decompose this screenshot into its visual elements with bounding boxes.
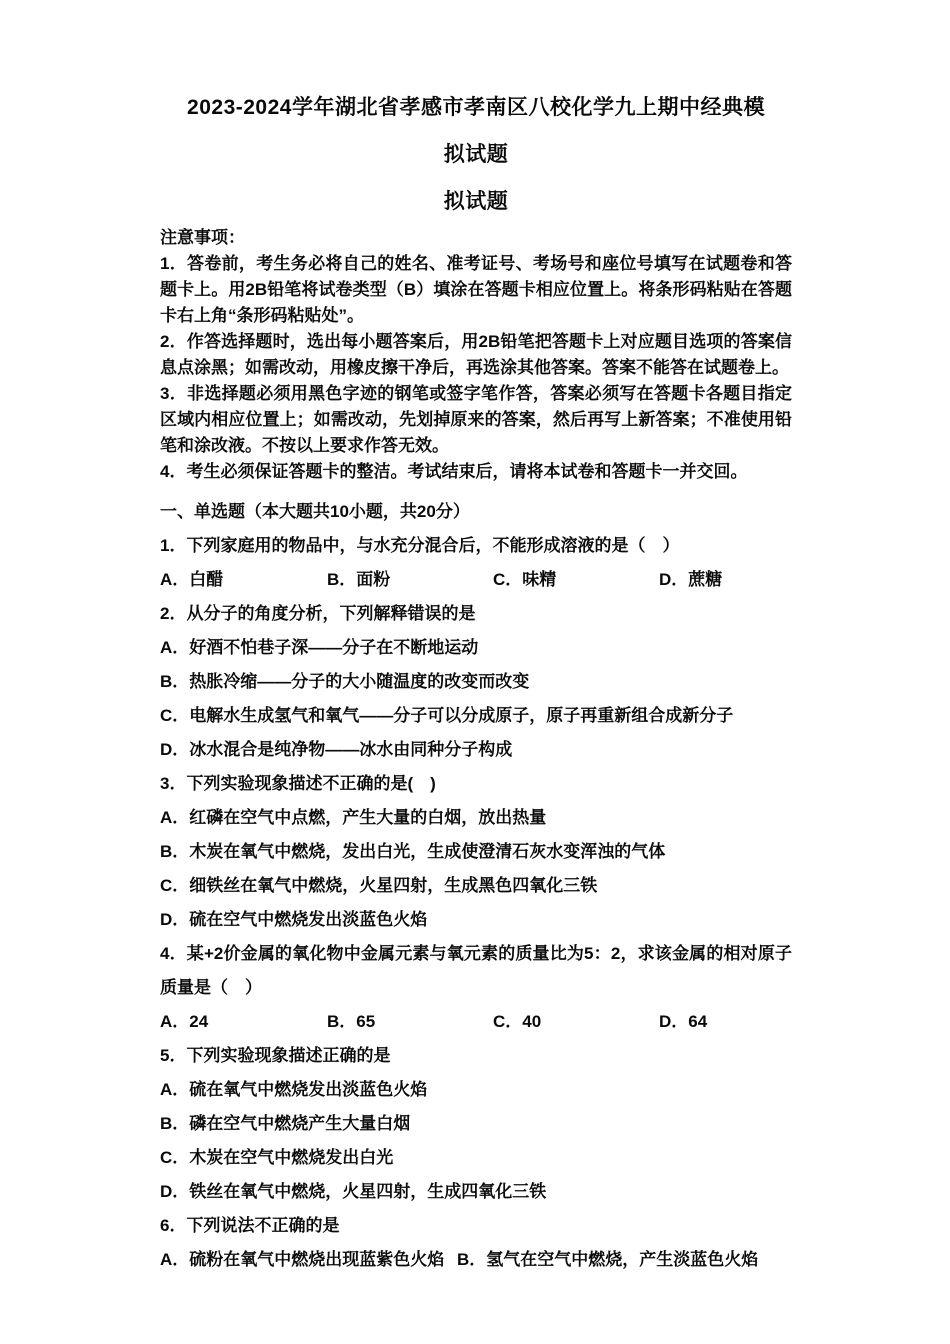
question-list: 1．下列家庭用的物品中，与水充分混合后，不能形成溶液的是（ ）A．白醋B．面粉C… bbox=[160, 529, 792, 1277]
question-4-option-C: C．40 bbox=[493, 1005, 659, 1039]
question-4-option-A: A．24 bbox=[160, 1005, 327, 1039]
question-5: 5．下列实验现象描述正确的是A．硫在氧气中燃烧发出淡蓝色火焰B．磷在空气中燃烧产… bbox=[160, 1039, 792, 1209]
question-1-option-A: A．白醋 bbox=[160, 563, 327, 597]
question-3-option-B: B．木炭在氧气中燃烧，发出白光，生成使澄清石灰水变浑浊的气体 bbox=[160, 835, 792, 869]
question-2: 2．从分子的角度分析，下列解释错误的是A．好酒不怕巷子深——分子在不断地运动B．… bbox=[160, 597, 792, 767]
exam-title-line-1: 2023-2024学年湖北省孝感市孝南区八校化学九上期中经典模 bbox=[160, 84, 792, 131]
question-1-stem: 1．下列家庭用的物品中，与水充分混合后，不能形成溶液的是（ ） bbox=[160, 529, 792, 563]
question-4-options-row: A．24B．65C．40D．64 bbox=[160, 1005, 792, 1039]
question-2-option-A: A．好酒不怕巷子深——分子在不断地运动 bbox=[160, 631, 792, 665]
notice-items: 1．答卷前，考生务必将自己的姓名、准考证号、考场号和座位号填写在试题卷和答题卡上… bbox=[160, 251, 792, 485]
question-5-option-C: C．木炭在空气中燃烧发出白光 bbox=[160, 1141, 792, 1175]
question-3-stem: 3．下列实验现象描述不正确的是( ) bbox=[160, 767, 792, 801]
exam-title-line-2: 拟试题 bbox=[160, 131, 792, 178]
question-5-option-A: A．硫在氧气中燃烧发出淡蓝色火焰 bbox=[160, 1073, 792, 1107]
notice-item-4: 4．考生必须保证答题卡的整洁。考试结束后，请将本试卷和答题卡一并交回。 bbox=[160, 459, 792, 485]
notice-item-2: 2．作答选择题时，选出每小题答案后，用2B铅笔把答题卡上对应题目选项的答案信息点… bbox=[160, 329, 792, 381]
notice-section: 注意事项： 1．答卷前，考生务必将自己的姓名、准考证号、考场号和座位号填写在试题… bbox=[160, 225, 792, 485]
question-5-option-D: D．铁丝在氧气中燃烧，火星四射，生成四氧化三铁 bbox=[160, 1175, 792, 1209]
question-2-option-C: C．电解水生成氢气和氧气——分子可以分成原子，原子再重新组合成新分子 bbox=[160, 699, 792, 733]
question-4-stem: 4．某+2价金属的氧化物中金属元素与氧元素的质量比为5：2，求该金属的相对原子质… bbox=[160, 937, 792, 1005]
section-heading: 一、单选题（本大题共10小题，共20分） bbox=[160, 495, 792, 529]
questions-section: 一、单选题（本大题共10小题，共20分） 1．下列家庭用的物品中，与水充分混合后… bbox=[160, 495, 792, 1277]
question-6-stem: 6．下列说法不正确的是 bbox=[160, 1209, 792, 1243]
question-2-option-B: B．热胀冷缩——分子的大小随温度的改变而改变 bbox=[160, 665, 792, 699]
question-3-option-D: D．硫在空气中燃烧发出淡蓝色火焰 bbox=[160, 903, 792, 937]
question-3: 3．下列实验现象描述不正确的是( )A．红磷在空气中点燃，产生大量的白烟，放出热… bbox=[160, 767, 792, 937]
question-1: 1．下列家庭用的物品中，与水充分混合后，不能形成溶液的是（ ）A．白醋B．面粉C… bbox=[160, 529, 792, 597]
question-2-stem: 2．从分子的角度分析，下列解释错误的是 bbox=[160, 597, 792, 631]
question-4: 4．某+2价金属的氧化物中金属元素与氧元素的质量比为5：2，求该金属的相对原子质… bbox=[160, 937, 792, 1039]
question-5-option-B: B．磷在空气中燃烧产生大量白烟 bbox=[160, 1107, 792, 1141]
question-1-option-D: D．蔗糖 bbox=[659, 563, 792, 597]
notice-heading: 注意事项： bbox=[160, 225, 792, 251]
question-6-option-B: B．氢气在空气中燃烧，产生淡蓝色火焰 bbox=[457, 1243, 792, 1277]
question-3-option-C: C．细铁丝在氧气中燃烧，火星四射，生成黑色四氧化三铁 bbox=[160, 869, 792, 903]
question-4-option-D: D．64 bbox=[659, 1005, 792, 1039]
question-2-option-D: D．冰水混合是纯净物——冰水由同种分子构成 bbox=[160, 733, 792, 767]
exam-paper-page: 2023-2024学年湖北省孝感市孝南区八校化学九上期中经典模 拟试题 拟试题 … bbox=[0, 0, 950, 1344]
question-1-option-B: B．面粉 bbox=[327, 563, 493, 597]
notice-item-1: 1．答卷前，考生务必将自己的姓名、准考证号、考场号和座位号填写在试题卷和答题卡上… bbox=[160, 251, 792, 329]
exam-subtitle: 拟试题 bbox=[160, 178, 792, 225]
question-5-stem: 5．下列实验现象描述正确的是 bbox=[160, 1039, 792, 1073]
exam-title: 2023-2024学年湖北省孝感市孝南区八校化学九上期中经典模 拟试题 bbox=[160, 0, 792, 178]
question-1-options-row: A．白醋B．面粉C．味精D．蔗糖 bbox=[160, 563, 792, 597]
question-1-option-C: C．味精 bbox=[493, 563, 659, 597]
question-4-option-B: B．65 bbox=[327, 1005, 493, 1039]
question-6-option-A: A．硫粉在氧气中燃烧出现蓝紫色火焰 bbox=[160, 1243, 457, 1277]
notice-item-3: 3．非选择题必须用黑色字迹的钢笔或签字笔作答，答案必须写在答题卡各题目指定区域内… bbox=[160, 381, 792, 459]
question-6: 6．下列说法不正确的是A．硫粉在氧气中燃烧出现蓝紫色火焰B．氢气在空气中燃烧，产… bbox=[160, 1209, 792, 1277]
question-6-options-row: A．硫粉在氧气中燃烧出现蓝紫色火焰B．氢气在空气中燃烧，产生淡蓝色火焰 bbox=[160, 1243, 792, 1277]
question-3-option-A: A．红磷在空气中点燃，产生大量的白烟，放出热量 bbox=[160, 801, 792, 835]
